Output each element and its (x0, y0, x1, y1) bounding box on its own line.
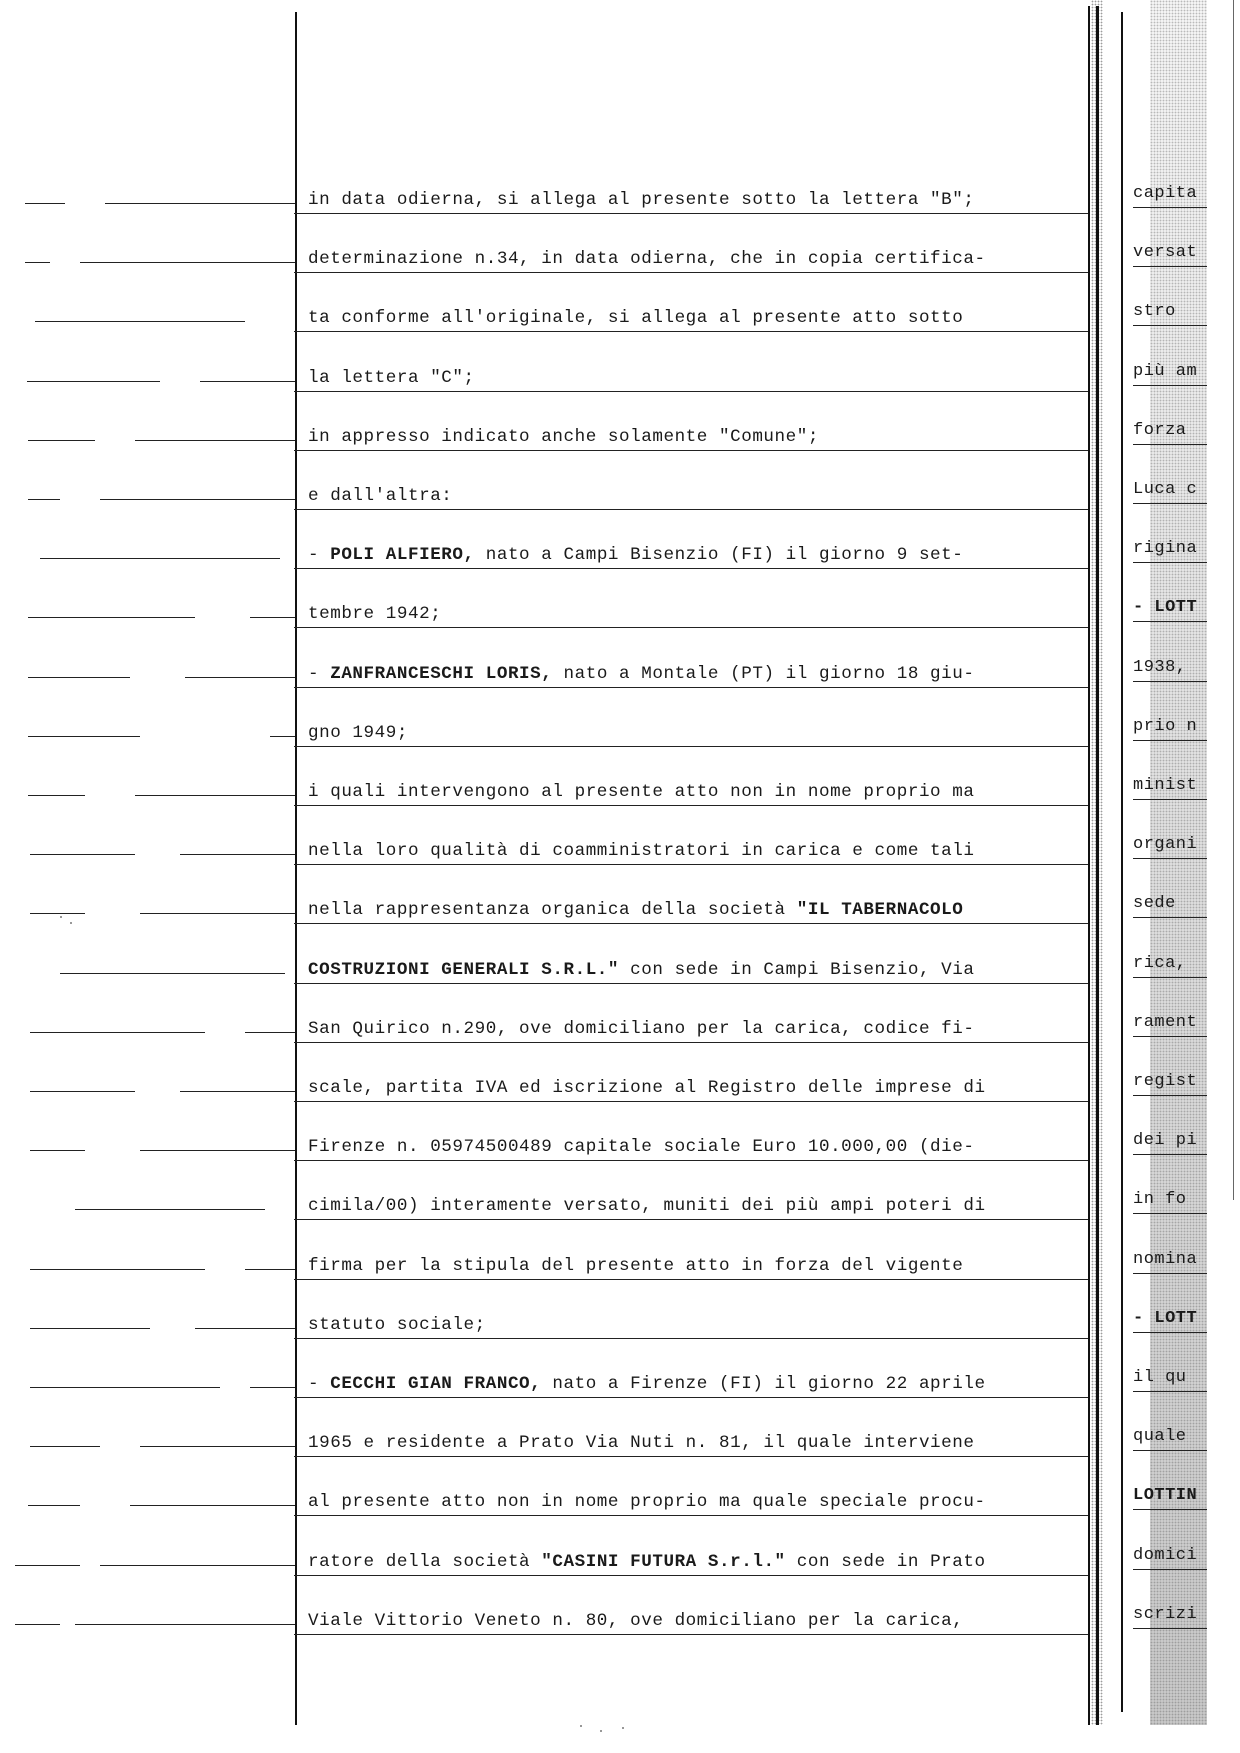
text-line: San Quirico n.290, ove domiciliano per l… (308, 999, 1084, 1058)
adjacent-line-text: quale (1133, 1427, 1187, 1447)
margin-ruled-segment (245, 1032, 295, 1033)
text-line: gno 1949; (308, 703, 1084, 762)
party-name: "CASINI FUTURA S.r.l." (541, 1552, 785, 1572)
margin-ruled-segment (100, 1565, 295, 1566)
adjacent-line-text: nomina (1133, 1250, 1197, 1270)
margin-ruled-segment (185, 677, 295, 678)
adjacent-page-line: in fo (1133, 1170, 1207, 1229)
ruled-line (294, 213, 1088, 214)
ruled-line (294, 331, 1088, 332)
text-line: e dall'altra: (308, 466, 1084, 525)
adjacent-line-text: minist (1133, 776, 1197, 796)
text-line: scale, partita IVA ed iscrizione al Regi… (308, 1058, 1084, 1117)
adjacent-page-line: più am (1133, 342, 1207, 401)
party-name: CECCHI GIAN FRANCO, (330, 1374, 541, 1394)
text-line: determinazione n.34, in data odierna, ch… (308, 229, 1084, 288)
ruled-line (294, 746, 1088, 747)
adjacent-line-text: regist (1133, 1072, 1197, 1092)
text-line: nella rappresentanza organica della soci… (308, 880, 1084, 939)
ruled-line (294, 687, 1088, 688)
margin-ruled-segment (28, 440, 95, 441)
margin-ruled-segment (140, 913, 295, 914)
adjacent-page-line: 1938, (1133, 638, 1207, 697)
line-text: Firenze n. 05974500489 capitale sociale … (308, 1137, 974, 1157)
adjacent-line-text: - LOTT (1133, 598, 1197, 618)
text-line: ta conforme all'originale, si allega al … (308, 288, 1084, 347)
margin-ruled-segment (135, 795, 295, 796)
adjacent-page-line: - LOTT (1133, 1289, 1207, 1348)
far-right-edge-rule (1233, 0, 1234, 1200)
ruled-line (294, 1456, 1088, 1457)
margin-ruled-segment (28, 499, 60, 500)
text-line: COSTRUZIONI GENERALI S.R.L." con sede in… (308, 940, 1084, 999)
adjacent-line-text: scrizi (1133, 1605, 1197, 1625)
adjacent-line-text: 1938, (1133, 658, 1187, 678)
adjacent-page-line: rigina (1133, 519, 1207, 578)
line-text: e dall'altra: (308, 486, 452, 506)
adjacent-line-text: stro (1133, 302, 1176, 322)
adjacent-page-line: capita (1133, 164, 1207, 223)
adjacent-line-text: rament (1133, 1013, 1197, 1033)
line-text: nella rappresentanza organica della soci… (308, 900, 963, 920)
adjacent-page-line: il qu (1133, 1348, 1207, 1407)
ruled-line (1133, 1628, 1207, 1629)
adjacent-page-line: LOTTIN (1133, 1466, 1207, 1525)
adjacent-line-text: prio n (1133, 717, 1197, 737)
text-line: 1965 e residente a Prato Via Nuti n. 81,… (308, 1413, 1084, 1472)
margin-ruled-segment (135, 440, 295, 441)
ruled-line (1133, 1391, 1207, 1392)
line-text: nella loro qualità di coamministratori i… (308, 841, 974, 861)
line-text: al presente atto non in nome proprio ma … (308, 1492, 986, 1512)
margin-ruled-segment (130, 1505, 295, 1506)
adjacent-page-line: stro (1133, 282, 1207, 341)
fold-rule-thick (1096, 6, 1099, 1725)
ruled-line (294, 391, 1088, 392)
ruled-line (294, 1160, 1088, 1161)
scan-speck (580, 1725, 582, 1727)
adjacent-page-line: sede (1133, 874, 1207, 933)
margin-ruled-segment (25, 203, 65, 204)
line-text: - ZANFRANCESCHI LORIS, nato a Montale (P… (308, 664, 975, 684)
margin-ruled-segment (28, 795, 85, 796)
ruled-line (294, 1634, 1088, 1635)
line-text: statuto sociale; (308, 1315, 486, 1335)
margin-ruled-segment (30, 1328, 150, 1329)
text-line: la lettera "C"; (308, 348, 1084, 407)
text-line: al presente atto non in nome proprio ma … (308, 1472, 1084, 1531)
adjacent-line-text: Luca c (1133, 480, 1197, 500)
line-text: ta conforme all'originale, si allega al … (308, 308, 963, 328)
margin-ruled-segment (250, 1387, 295, 1388)
margin-ruled-segment (30, 1446, 100, 1447)
ruled-line (294, 1338, 1088, 1339)
adjacent-line-text: più am (1133, 362, 1197, 382)
adjacent-page-line: regist (1133, 1052, 1207, 1111)
text-line: in data odierna, si allega al presente s… (308, 170, 1084, 229)
scan-speck (600, 1730, 602, 1732)
ruled-line (1133, 1273, 1207, 1274)
ruled-line (1133, 799, 1207, 800)
line-text: ratore della società "CASINI FUTURA S.r.… (308, 1552, 986, 1572)
adjacent-line-text: organi (1133, 835, 1197, 855)
adjacent-line-text: dei pi (1133, 1131, 1197, 1151)
ruled-line (294, 1101, 1088, 1102)
text-line: i quali intervengono al presente atto no… (308, 762, 1084, 821)
margin-ruled-segment (30, 913, 85, 914)
ruled-line (294, 864, 1088, 865)
text-line: - CECCHI GIAN FRANCO, nato a Firenze (FI… (308, 1354, 1084, 1413)
party-name: POLI ALFIERO, (330, 545, 474, 565)
ruled-line (294, 450, 1088, 451)
ruled-line (1133, 503, 1207, 504)
adjacent-page-line: prio n (1133, 697, 1207, 756)
ruled-line (1133, 1213, 1207, 1214)
margin-ruled-segment (75, 1624, 295, 1625)
party-name: "IL TABERNACOLO (797, 900, 964, 920)
line-text: firma per la stipula del presente atto i… (308, 1256, 963, 1276)
line-text: Viale Vittorio Veneto n. 80, ove domicil… (308, 1611, 963, 1631)
margin-ruled-segment (28, 617, 195, 618)
margin-ruled-segment (180, 1091, 295, 1092)
margin-ruled-segment (30, 1269, 205, 1270)
text-line: firma per la stipula del presente atto i… (308, 1236, 1084, 1295)
margin-ruled-segment (100, 499, 295, 500)
adjacent-page-line: domici (1133, 1526, 1207, 1585)
margin-ruled-segment (25, 262, 50, 263)
ruled-line (1133, 562, 1207, 563)
margin-ruled-segment (28, 1505, 80, 1506)
adjacent-page-line: versat (1133, 223, 1207, 282)
ruled-line (1133, 1332, 1207, 1333)
margin-ruled-segment (180, 854, 295, 855)
line-text: in data odierna, si allega al presente s… (308, 190, 974, 210)
ruled-line (294, 509, 1088, 510)
line-text: scale, partita IVA ed iscrizione al Regi… (308, 1078, 986, 1098)
adjacent-page-line: forza (1133, 401, 1207, 460)
text-line: Firenze n. 05974500489 capitale sociale … (308, 1117, 1084, 1176)
scan-speck (60, 916, 62, 918)
adjacent-line-text: - LOTT (1133, 1309, 1197, 1329)
ruled-line (294, 1042, 1088, 1043)
margin-ruled-segment (200, 381, 295, 382)
ruled-line (1133, 681, 1207, 682)
margin-ruled-segment (140, 1150, 295, 1151)
left-margin-rule (295, 12, 297, 1725)
ruled-line (294, 1219, 1088, 1220)
text-line: statuto sociale; (308, 1295, 1084, 1354)
adjacent-page-line: rica, (1133, 934, 1207, 993)
line-text: San Quirico n.290, ove domiciliano per l… (308, 1019, 974, 1039)
adjacent-line-text: sede (1133, 894, 1176, 914)
adjacent-page-line: quale (1133, 1407, 1207, 1466)
ruled-line (294, 1279, 1088, 1280)
adjacent-page-line: organi (1133, 815, 1207, 874)
ruled-line (1133, 207, 1207, 208)
ruled-line (1133, 266, 1207, 267)
line-text: cimila/00) interamente versato, muniti d… (308, 1196, 986, 1216)
ruled-line (1133, 444, 1207, 445)
margin-ruled-segment (15, 1624, 60, 1625)
ruled-line (294, 805, 1088, 806)
line-text: la lettera "C"; (308, 368, 475, 388)
line-text: in appresso indicato anche solamente "Co… (308, 427, 819, 447)
margin-ruled-segment (195, 1328, 295, 1329)
margin-ruled-segment (105, 203, 295, 204)
adjacent-page-line: - LOTT (1133, 578, 1207, 637)
line-text: - CECCHI GIAN FRANCO, nato a Firenze (FI… (308, 1374, 986, 1394)
line-text: determinazione n.34, in data odierna, ch… (308, 249, 986, 269)
adjacent-line-text: il qu (1133, 1368, 1187, 1388)
margin-ruled-segment (15, 1565, 80, 1566)
adjacent-page-line: minist (1133, 756, 1207, 815)
adjacent-page-line: scrizi (1133, 1585, 1207, 1644)
party-name: COSTRUZIONI GENERALI S.R.L." (308, 960, 619, 980)
text-line: in appresso indicato anche solamente "Co… (308, 407, 1084, 466)
ruled-line (294, 272, 1088, 273)
adjacent-line-text: LOTTIN (1133, 1486, 1197, 1506)
text-line: ratore della società "CASINI FUTURA S.r.… (308, 1532, 1084, 1591)
text-line: tembre 1942; (308, 584, 1084, 643)
margin-ruled-segment (245, 1269, 295, 1270)
ruled-line (1133, 385, 1207, 386)
ruled-line (294, 1397, 1088, 1398)
ruled-line (294, 568, 1088, 569)
margin-ruled-segment (35, 321, 245, 322)
scan-speck (622, 1727, 624, 1729)
line-text: 1965 e residente a Prato Via Nuti n. 81,… (308, 1433, 974, 1453)
ruled-line (294, 1515, 1088, 1516)
ruled-line (1133, 917, 1207, 918)
adjacent-page-line: rament (1133, 993, 1207, 1052)
margin-ruled-segment (30, 1091, 135, 1092)
margin-ruled-segment (30, 1387, 220, 1388)
adjacent-line-text: domici (1133, 1546, 1197, 1566)
ruled-line (1133, 1154, 1207, 1155)
adjacent-line-text: versat (1133, 243, 1197, 263)
ruled-line (1133, 1450, 1207, 1451)
margin-ruled-segment (28, 677, 130, 678)
margin-ruled-segment (30, 854, 135, 855)
ruled-line (1133, 1095, 1207, 1096)
ruled-line (1133, 858, 1207, 859)
adjacent-page-line: nomina (1133, 1230, 1207, 1289)
ruled-line (1133, 1569, 1207, 1570)
ruled-line (1133, 1036, 1207, 1037)
margin-ruled-segment (270, 736, 295, 737)
adjacent-line-text: rigina (1133, 539, 1197, 559)
right-margin-rule (1121, 12, 1123, 1712)
fold-rule-thin (1088, 6, 1090, 1725)
margin-ruled-segment (30, 1150, 85, 1151)
margin-ruled-segment (140, 1446, 295, 1447)
adjacent-line-text: rica, (1133, 954, 1187, 974)
margin-ruled-segment (80, 262, 295, 263)
ruled-line (1133, 621, 1207, 622)
line-text: i quali intervengono al presente atto no… (308, 782, 974, 802)
party-name: ZANFRANCESCHI LORIS, (330, 664, 552, 684)
adjacent-line-text: forza (1133, 421, 1187, 441)
line-text: COSTRUZIONI GENERALI S.R.L." con sede in… (308, 960, 975, 980)
line-text: gno 1949; (308, 723, 408, 743)
ruled-line (1133, 1509, 1207, 1510)
ruled-line (1133, 740, 1207, 741)
line-text: tembre 1942; (308, 604, 441, 624)
margin-ruled-segment (27, 381, 160, 382)
ruled-line (294, 923, 1088, 924)
margin-ruled-segment (75, 1209, 265, 1210)
scan-speck (70, 922, 72, 924)
text-line: cimila/00) interamente versato, muniti d… (308, 1176, 1084, 1235)
line-text: - POLI ALFIERO, nato a Campi Bisenzio (F… (308, 545, 963, 565)
text-line: - POLI ALFIERO, nato a Campi Bisenzio (F… (308, 525, 1084, 584)
adjacent-line-text: capita (1133, 184, 1197, 204)
text-line: - ZANFRANCESCHI LORIS, nato a Montale (P… (308, 644, 1084, 703)
text-line: Viale Vittorio Veneto n. 80, ove domicil… (308, 1591, 1084, 1650)
ruled-line (1133, 977, 1207, 978)
margin-ruled-segment (28, 736, 140, 737)
ruled-line (294, 1575, 1088, 1576)
margin-ruled-segment (60, 973, 285, 974)
adjacent-page-line: Luca c (1133, 460, 1207, 519)
ruled-line (294, 627, 1088, 628)
text-line: nella loro qualità di coamministratori i… (308, 821, 1084, 880)
ruled-line (294, 983, 1088, 984)
margin-ruled-segment (250, 617, 295, 618)
margin-ruled-segment (30, 1032, 205, 1033)
margin-ruled-segment (40, 558, 280, 559)
adjacent-page-line: dei pi (1133, 1111, 1207, 1170)
ruled-line (1133, 325, 1207, 326)
adjacent-line-text: in fo (1133, 1190, 1187, 1210)
